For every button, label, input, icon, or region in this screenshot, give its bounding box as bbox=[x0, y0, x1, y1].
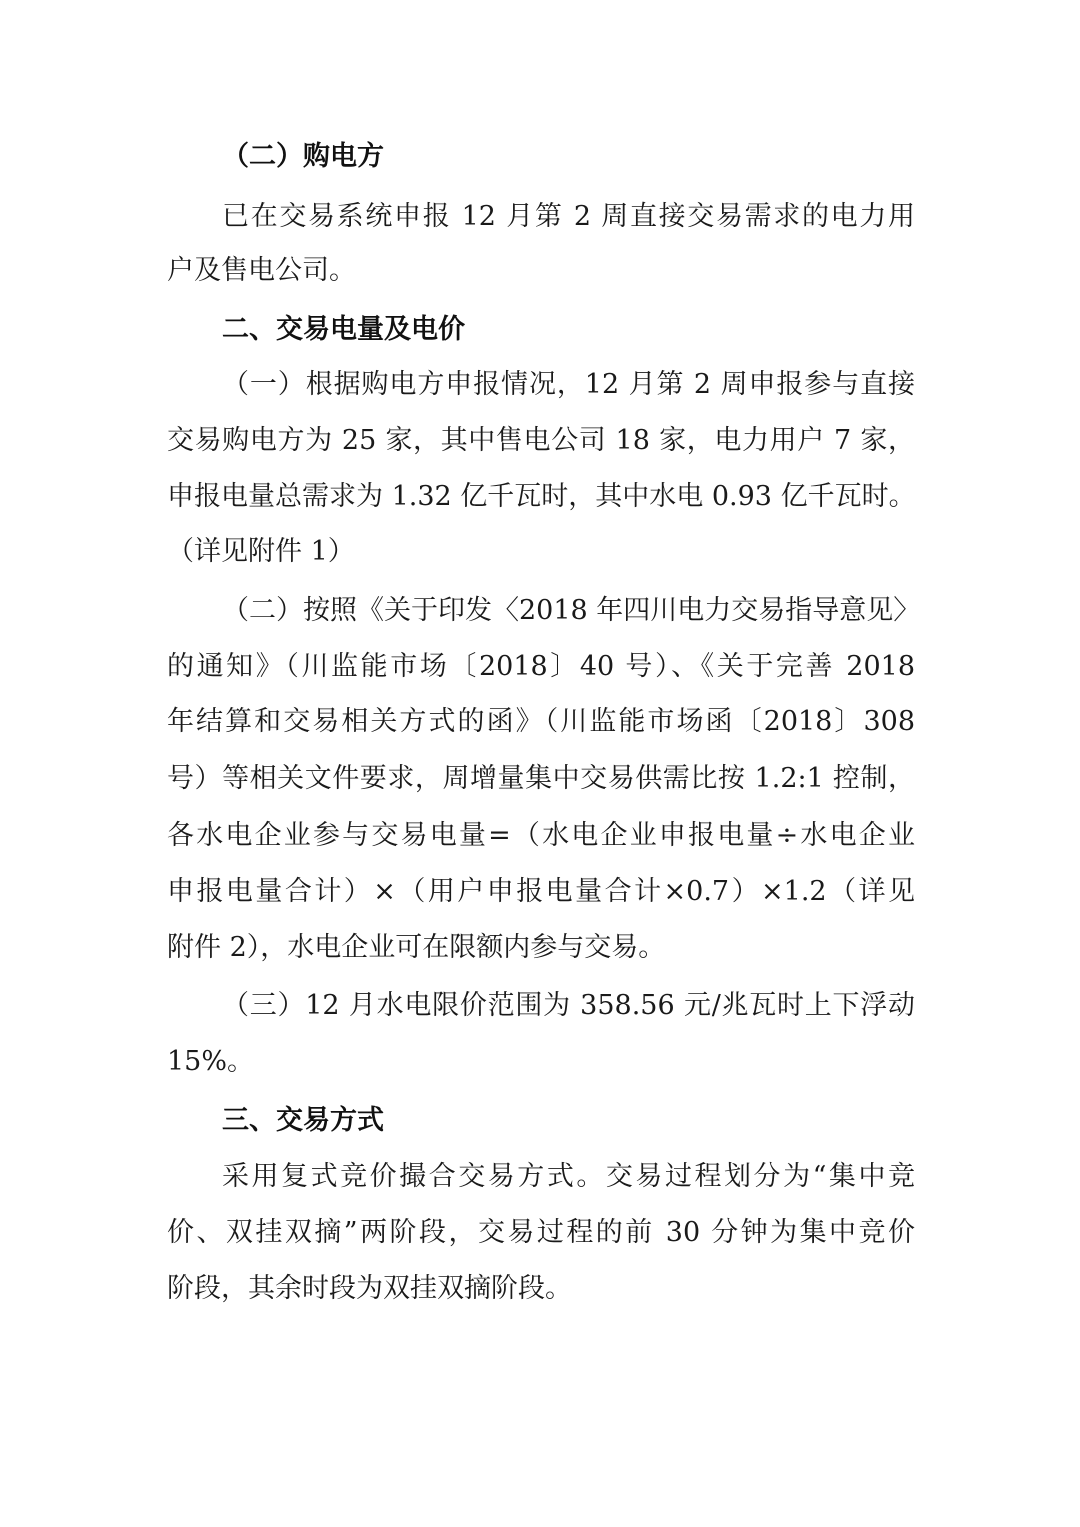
paragraph-line: 户及售电公司。 bbox=[167, 251, 915, 291]
paragraph-line: 号）等相关文件要求，周增量集中交易供需比按 1.2:1 控制， bbox=[167, 759, 915, 799]
paragraph-line: 15%。 bbox=[167, 1042, 915, 1082]
document-page: （二）购电方 已在交易系统申报 12 月第 2 周直接交易需求的电力用 户及售电… bbox=[0, 0, 1080, 1527]
paragraph-line: 已在交易系统申报 12 月第 2 周直接交易需求的电力用 bbox=[222, 197, 915, 237]
paragraph-line: 价、双挂双摘”两阶段，交易过程的前 30 分钟为集中竞价 bbox=[167, 1213, 915, 1253]
section-heading-buyer: （二）购电方 bbox=[222, 137, 915, 177]
paragraph-line: 各水电企业参与交易电量=（水电企业申报电量÷水电企业 bbox=[167, 816, 915, 856]
section-heading-trading-method: 三、交易方式 bbox=[222, 1101, 915, 1141]
paragraph-line: 采用复式竞价撮合交易方式。交易过程划分为“集中竞 bbox=[222, 1157, 915, 1197]
paragraph-line: 申报电量合计）×（用户申报电量合计×0.7）×1.2（详见 bbox=[167, 872, 915, 912]
paragraph-line: （详见附件 1） bbox=[167, 532, 915, 572]
paragraph-line: （三）12 月水电限价范围为 358.56 元/兆瓦时上下浮动 bbox=[222, 986, 915, 1026]
paragraph-line: 阶段，其余时段为双挂双摘阶段。 bbox=[167, 1269, 915, 1309]
paragraph-line: 交易购电方为 25 家，其中售电公司 18 家，电力用户 7 家， bbox=[167, 421, 915, 461]
paragraph-line: 年结算和交易相关方式的函》（川监能市场函〔2018〕308 bbox=[167, 702, 915, 742]
paragraph-line: （一）根据购电方申报情况，12 月第 2 周申报参与直接 bbox=[222, 365, 915, 405]
paragraph-line: 附件 2），水电企业可在限额内参与交易。 bbox=[167, 928, 915, 968]
section-heading-volume-price: 二、交易电量及电价 bbox=[222, 310, 915, 350]
paragraph-line: 的通知》（川监能市场〔2018〕40 号）、《关于完善 2018 bbox=[167, 647, 915, 687]
paragraph-line: （二）按照《关于印发〈2018 年四川电力交易指导意见〉 bbox=[222, 591, 915, 631]
paragraph-line: 申报电量总需求为 1.32 亿千瓦时，其中水电 0.93 亿千瓦时。 bbox=[167, 477, 915, 517]
